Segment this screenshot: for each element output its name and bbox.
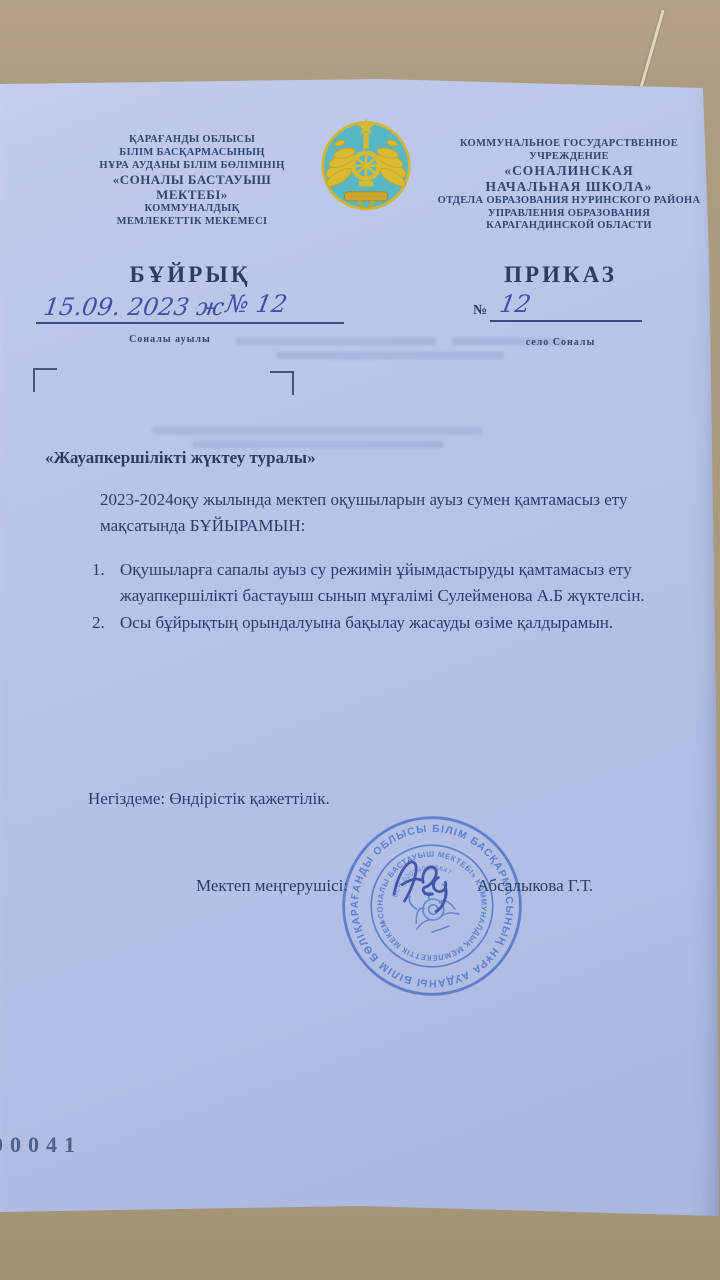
org-kk-name: МЕКТЕБІ» bbox=[68, 187, 316, 202]
date-underline bbox=[36, 300, 344, 324]
handwritten-signature bbox=[382, 845, 462, 915]
org-name-kazakh: ҚАРАҒАНДЫ ОБЛЫСЫ БІЛІМ БАСҚАРМАСЫНЫҢ НҰР… bbox=[68, 133, 316, 228]
org-ru-line: КОММУНАЛЬНОЕ ГОСУДАРСТВЕННОЕ bbox=[428, 138, 710, 151]
bleed-through-text bbox=[276, 352, 504, 359]
order-item: 2. Осы бұйрықтың орындалуына бақылау жас… bbox=[92, 610, 682, 636]
signatory-name: Абсалыкова Г.Т. bbox=[477, 876, 593, 896]
number-label: № bbox=[473, 303, 487, 319]
number-underline bbox=[490, 298, 642, 322]
item-number: 1. bbox=[92, 557, 120, 610]
photo-of-document: ҚАРАҒАНДЫ ОБЛЫСЫ БІЛІМ БАСҚАРМАСЫНЫҢ НҰР… bbox=[0, 0, 720, 1280]
item-text: Оқушыларға сапалы ауыз су режимін ұйымда… bbox=[120, 557, 665, 610]
org-kk-line: ҚАРАҒАНДЫ ОБЛЫСЫ bbox=[68, 133, 316, 146]
kazakhstan-emblem bbox=[312, 109, 420, 217]
org-kk-line: МЕМЛЕКЕТТІК МЕКЕМЕСІ bbox=[68, 215, 316, 228]
org-ru-name: «СОНАЛИНСКАЯ bbox=[428, 163, 710, 179]
org-ru-name: НАЧАЛЬНАЯ ШКОЛА» bbox=[428, 179, 710, 195]
order-title-kazakh: БҰЙРЫҚ bbox=[70, 262, 310, 288]
bleed-through-text bbox=[152, 427, 482, 434]
order-intro: 2023-2024оқу жылында мектеп оқушыларын а… bbox=[100, 487, 660, 540]
bleed-through-text bbox=[452, 338, 564, 345]
order-subject: «Жауапкершілікті жүктеу туралы» bbox=[45, 448, 316, 468]
org-ru-line: УПРАВЛЕНИЯ ОБРАЗОВАНИЯ bbox=[428, 208, 710, 221]
org-ru-line: ОТДЕЛА ОБРАЗОВАНИЯ НУРИНСКОГО РАЙОНА bbox=[428, 195, 710, 208]
org-kk-name: «СОНАЛЫ БАСТАУЫШ bbox=[68, 172, 316, 187]
org-name-russian: КОММУНАЛЬНОЕ ГОСУДАРСТВЕННОЕ УЧРЕЖДЕНИЕ … bbox=[428, 138, 710, 233]
bleed-through-text bbox=[192, 441, 444, 448]
org-kk-line: БІЛІМ БАСҚАРМАСЫНЫҢ bbox=[68, 146, 316, 159]
corner-mark-left bbox=[33, 368, 57, 392]
signatory-role: Мектеп меңгерушісі: bbox=[196, 876, 348, 896]
order-title-russian: ПРИКАЗ bbox=[468, 262, 653, 288]
item-text: Осы бұйрықтың орындалуына бақылау жасауд… bbox=[120, 610, 665, 636]
corner-mark-right bbox=[270, 371, 294, 395]
order-item: 1. Оқушыларға сапалы ауыз су режимін ұйы… bbox=[92, 557, 682, 610]
org-ru-line: УЧРЕЖДЕНИЕ bbox=[428, 151, 710, 164]
basis-line: Негіздеме: Өндірістік қажеттілік. bbox=[88, 786, 330, 812]
org-kk-line: КОММУНАЛДЫҚ bbox=[68, 202, 316, 215]
org-kk-line: НҰРА АУДАНЫ БІЛІМ БӨЛІМІНІҢ bbox=[68, 159, 316, 172]
bleed-through-text bbox=[236, 338, 436, 345]
item-number: 2. bbox=[92, 610, 120, 636]
org-ru-line: КАРАГАНДИНСКОЙ ОБЛАСТИ bbox=[428, 220, 710, 233]
emblem-banner bbox=[344, 192, 387, 201]
page-number: 00041 bbox=[0, 1132, 82, 1158]
order-items: 1. Оқушыларға сапалы ауыз су режимін ұйы… bbox=[92, 557, 682, 636]
